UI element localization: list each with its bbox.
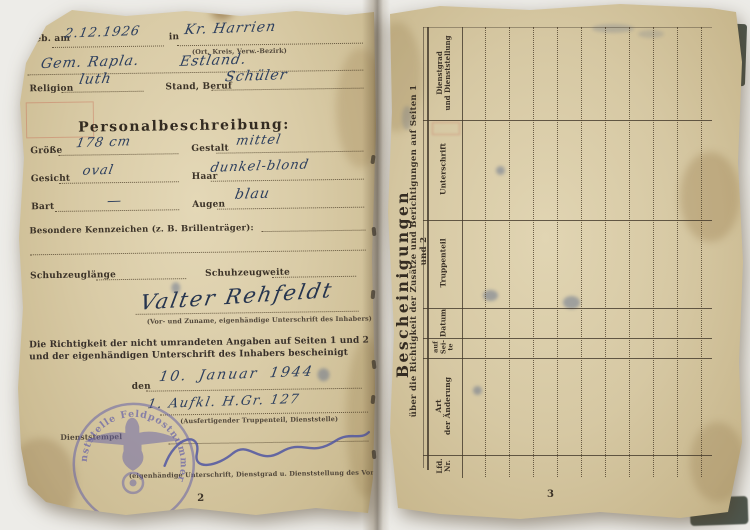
dotted-rule: [262, 230, 366, 232]
left-page-number: 2: [197, 493, 204, 504]
dotted-rule: [58, 153, 178, 156]
cert-date-value: 10. Januar 1944: [158, 364, 315, 385]
table-rule: [423, 358, 712, 359]
groesse-value: 178 cm: [75, 134, 132, 151]
binding-stitch: [372, 227, 377, 236]
in-label: in: [169, 32, 180, 42]
bart-label: Bart: [31, 202, 54, 212]
birth-place-value: Kr. Harrien: [183, 19, 277, 38]
table-rule: [423, 27, 712, 28]
dotted-rule: [62, 91, 144, 93]
augen-value: blau: [234, 186, 272, 203]
dotted-row-rule: [533, 27, 534, 477]
table-rule: [423, 338, 712, 339]
dotted-rule: [30, 250, 366, 256]
bart-value: —: [106, 193, 124, 210]
bescheinigungen-subtitle: über die Richtigkeit der Zusätze und Ber…: [409, 82, 429, 420]
column-header-lfd-nr: Lfd. Nr.: [436, 454, 453, 478]
dotted-rule: [55, 209, 179, 212]
official-stamp: Dienststelle Feldpostnummer: [68, 398, 200, 522]
dotted-row-rule: [629, 27, 630, 477]
dotted-row-rule: [557, 27, 558, 477]
gestalt-value: mittel: [235, 132, 283, 149]
table-rule: [423, 308, 712, 309]
blue-smudge: [638, 30, 664, 38]
dotted-row-rule: [509, 27, 510, 477]
religion-value: luth: [78, 71, 113, 88]
table-rule: [423, 120, 712, 121]
owner-signature: Valter Rehfeldt: [138, 278, 335, 315]
dotted-rule: [216, 151, 363, 154]
column-header-art-der-aenderung: Art der Änderung: [435, 359, 453, 454]
left-page-content: geb. am 2.12.1926 in Kr. Harrien (Ort, K…: [16, 8, 376, 522]
beruf-value: Schüler: [224, 67, 289, 85]
table-rule: [462, 27, 463, 478]
birth-date-value: 2.12.1926: [63, 24, 141, 42]
dotted-rule: [52, 45, 164, 48]
dotted-rule: [59, 181, 179, 184]
blue-smudge: [473, 386, 482, 395]
binding-stitch: [371, 290, 376, 299]
dotted-rule: [217, 207, 364, 210]
column-header-truppenteil: Truppenteil: [440, 219, 449, 307]
dotted-rule: [211, 179, 364, 182]
table-rule: [423, 220, 712, 221]
blue-smudge: [592, 24, 634, 33]
table-rule: [423, 455, 712, 456]
beruf-label: Stand, Beruf: [165, 81, 232, 92]
table-rule: [423, 27, 424, 468]
right-page-wrap: Bescheinigungen über die Richtigkeit der…: [380, 2, 748, 526]
left-page-wrap: geb. am 2.12.1926 in Kr. Harrien (Ort, K…: [16, 8, 376, 522]
signature-hint: (Vor- und Zuname, eigenhändige Unterschr…: [147, 315, 372, 326]
binding-stitch: [372, 450, 377, 459]
column-header-datum: Datum: [440, 308, 449, 338]
dotted-rule: [177, 43, 363, 47]
ink-blot: [317, 368, 329, 381]
dotted-rule: [146, 388, 362, 392]
dotted-rule: [96, 278, 186, 280]
dotted-row-rule: [605, 27, 606, 477]
haar-value: dunkel-blond: [209, 157, 310, 175]
right-page: Bescheinigungen über die Richtigkeit der…: [380, 2, 748, 526]
right-page-number: 3: [547, 489, 554, 500]
column-header-dienstgrad: Dienstgrad und Dienststellung: [436, 27, 453, 119]
dotted-rule: [272, 276, 356, 278]
dotted-row-rule: [677, 27, 678, 477]
certification-text: Die Richtigkeit der nicht umrandeten Ang…: [29, 336, 369, 364]
kennzeichen-label: Besondere Kennzeichen (z. B. Brillenträg…: [29, 223, 253, 236]
column-header-unterschrift: Unterschrift: [440, 119, 449, 219]
gemeinde-value: Gem. Rapla.: [40, 53, 141, 72]
stain: [690, 422, 745, 502]
blue-smudge: [496, 166, 505, 175]
dotted-rule: [212, 88, 364, 91]
column-header-auf-seite: auf Sei- te: [433, 336, 456, 358]
land-value: Estland.: [179, 52, 248, 70]
dotted-row-rule: [485, 27, 486, 477]
dotted-row-rule: [701, 27, 702, 477]
table-rule: [427, 27, 429, 470]
gesicht-value: oval: [81, 163, 115, 179]
left-page: geb. am 2.12.1926 in Kr. Harrien (Ort, K…: [16, 8, 376, 522]
dotted-row-rule: [653, 27, 654, 477]
dotted-row-rule: [581, 27, 582, 477]
gutter-shadow: [362, 0, 390, 530]
stain: [680, 152, 740, 242]
